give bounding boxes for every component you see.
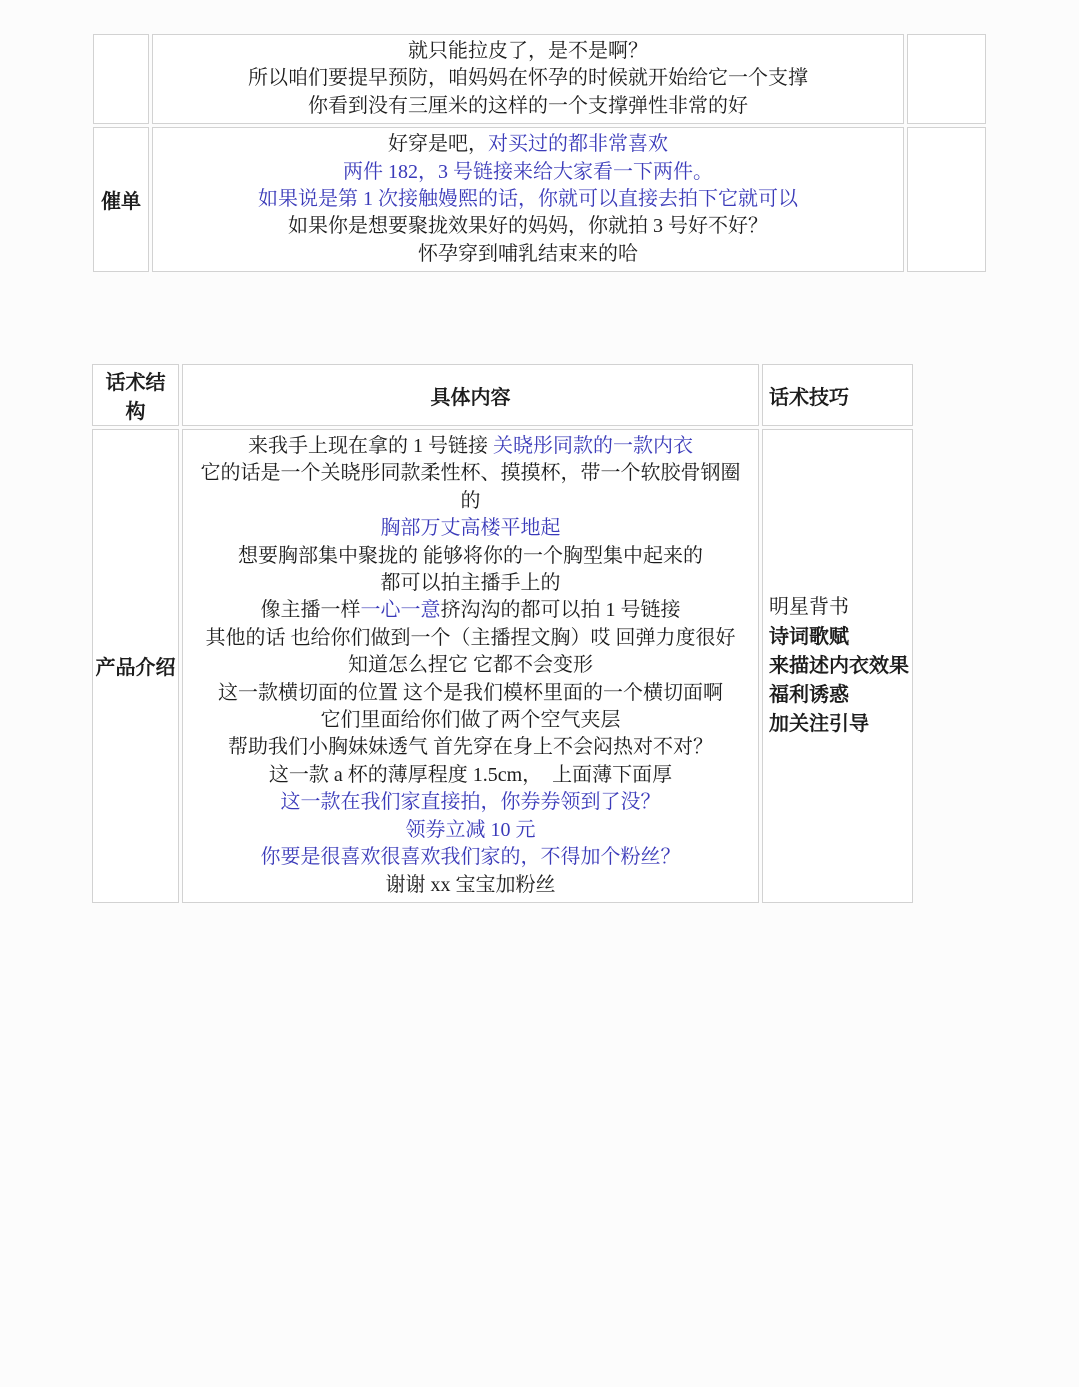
product-intro-script-table: 话术结构 具体内容 话术技巧 产品介绍 来我手上现在拿的 1 号链接 关晓彤同款… [89,361,916,906]
script-text: 帮助我们小胸妹妹透气 首先穿在身上不会闷热对不对？ [228,736,713,758]
script-text: 它的话是一个关晓彤同款柔性杯、摸摸杯，带一个软胶骨钢圈的 [201,462,741,511]
script-line: 领券立减 10 元 [191,817,750,844]
highlighted-script-text: 这一款在我们家直接拍，你券券领到了没？ [281,791,661,813]
script-text: 想要胸部集中聚拢的 能够将你的一个胸型集中起来的 [238,545,703,567]
highlighted-script-text: 关晓彤同款的一款内衣 [493,435,693,457]
header-row: 话术结构 具体内容 话术技巧 [92,364,913,426]
highlighted-script-text: 如果说是第 1 次接触嫚熙的话，你就可以直接去拍下它就可以 [258,188,798,210]
script-text: 其他的话 也给你们做到一个（主播捏文胸）哎 回弹力度很好 [206,627,736,649]
empty-side-cell [907,127,986,272]
script-content-cell: 就只能拉皮了，是不是啊？所以咱们要提早预防，咱妈妈在怀孕的时候就开始给它一个支撑… [152,34,904,124]
table-row: 就只能拉皮了，是不是啊？所以咱们要提早预防，咱妈妈在怀孕的时候就开始给它一个支撑… [93,34,986,124]
header-script-structure: 话术结构 [92,364,179,426]
highlighted-script-text: 一心一意 [361,599,441,621]
script-text: 知道怎么捏它 它都不会变形 [348,654,593,676]
header-specific-content: 具体内容 [182,364,759,426]
script-text: 都可以拍主播手上的 [381,572,561,594]
script-line: 好穿是吧，对买过的都非常喜欢 [161,131,895,158]
technique-item: 明星背书 [769,593,910,622]
script-text: 这一款横切面的位置 这个是我们模杯里面的一个横切面啊 [218,682,723,704]
script-text: 所以咱们要提早预防，咱妈妈在怀孕的时候就开始给它一个支撑 [248,67,808,89]
script-line: 所以咱们要提早预防，咱妈妈在怀孕的时候就开始给它一个支撑 [161,65,895,92]
script-line: 你要是很喜欢很喜欢我们家的，不得加个粉丝？ [191,844,750,871]
document-page: 就只能拉皮了，是不是啊？所以咱们要提早预防，咱妈妈在怀孕的时候就开始给它一个支撑… [0,0,1079,1387]
script-line: 这一款 a 杯的薄厚程度 1.5cm， 上面薄下面厚 [191,762,750,789]
header-script-technique: 话术技巧 [762,364,913,426]
script-text: 它们里面给你们做了两个空气夹层 [321,709,621,731]
script-line: 都可以拍主播手上的 [191,570,750,597]
script-text: 好穿是吧， [388,133,488,155]
script-line: 它的话是一个关晓彤同款柔性杯、摸摸杯，带一个软胶骨钢圈的 [191,460,750,515]
script-content-cell: 来我手上现在拿的 1 号链接 关晓彤同款的一款内衣它的话是一个关晓彤同款柔性杯、… [182,429,759,903]
script-line: 帮助我们小胸妹妹透气 首先穿在身上不会闷热对不对？ [191,734,750,761]
script-line: 想要胸部集中聚拢的 能够将你的一个胸型集中起来的 [191,543,750,570]
script-line: 如果你是想要聚拢效果好的妈妈，你就拍 3 号好不好？ [161,213,895,240]
highlighted-script-text: 你要是很喜欢很喜欢我们家的，不得加个粉丝？ [261,846,681,868]
script-line: 这一款在我们家直接拍，你券券领到了没？ [191,789,750,816]
script-line: 胸部万丈高楼平地起 [191,515,750,542]
script-text: 这一款 a 杯的薄厚程度 1.5cm， 上面薄下面厚 [269,764,672,786]
script-line: 它们里面给你们做了两个空气夹层 [191,707,750,734]
follow-up-script-table: 就只能拉皮了，是不是啊？所以咱们要提早预防，咱妈妈在怀孕的时候就开始给它一个支撑… [90,31,989,275]
script-text: 如果你是想要聚拢效果好的妈妈，你就拍 3 号好不好？ [288,215,768,237]
script-text: 挤沟沟的都可以拍 1 号链接 [441,599,681,621]
script-content-cell: 好穿是吧，对买过的都非常喜欢两件 182，3 号链接来给大家看一下两件。如果说是… [152,127,904,272]
empty-side-cell [907,34,986,124]
technique-cell: 明星背书诗词歌赋来描述内衣效果福利诱惑加关注引导 [762,429,913,903]
highlighted-script-text: 两件 182，3 号链接来给大家看一下两件。 [343,161,713,183]
script-text: 谢谢 xx 宝宝加粉丝 [386,874,556,896]
row-label-urge-order: 催单 [93,127,149,272]
script-text: 怀孕穿到哺乳结束来的哈 [418,243,638,265]
table-row: 催单 好穿是吧，对买过的都非常喜欢两件 182，3 号链接来给大家看一下两件。如… [93,127,986,272]
highlighted-script-text: 胸部万丈高楼平地起 [381,517,561,539]
row-label-product-intro: 产品介绍 [92,429,179,903]
technique-item: 诗词歌赋 [769,622,910,651]
script-line: 怀孕穿到哺乳结束来的哈 [161,241,895,268]
script-line: 这一款横切面的位置 这个是我们模杯里面的一个横切面啊 [191,680,750,707]
script-text: 你看到没有三厘米的这样的一个支撑弹性非常的好 [308,95,748,117]
highlighted-script-text: 领券立减 10 元 [406,819,536,841]
script-line: 如果说是第 1 次接触嫚熙的话，你就可以直接去拍下它就可以 [161,186,895,213]
highlighted-script-text: 对买过的都非常喜欢 [488,133,668,155]
script-text: 来我手上现在拿的 1 号链接 [248,435,493,457]
script-line: 像主播一样一心一意挤沟沟的都可以拍 1 号链接 [191,597,750,624]
script-line: 来我手上现在拿的 1 号链接 关晓彤同款的一款内衣 [191,433,750,460]
script-line: 谢谢 xx 宝宝加粉丝 [191,872,750,899]
technique-item: 福利诱惑 [769,680,910,709]
script-text: 像主播一样 [261,599,361,621]
technique-item: 加关注引导 [769,709,910,738]
row-label-cell-empty [93,34,149,124]
technique-item: 来描述内衣效果 [769,651,910,680]
script-line: 就只能拉皮了，是不是啊？ [161,38,895,65]
script-line: 你看到没有三厘米的这样的一个支撑弹性非常的好 [161,93,895,120]
script-line: 两件 182，3 号链接来给大家看一下两件。 [161,159,895,186]
script-line: 其他的话 也给你们做到一个（主播捏文胸）哎 回弹力度很好 [191,625,750,652]
table-row: 产品介绍 来我手上现在拿的 1 号链接 关晓彤同款的一款内衣它的话是一个关晓彤同… [92,429,913,903]
script-line: 知道怎么捏它 它都不会变形 [191,652,750,679]
script-text: 就只能拉皮了，是不是啊？ [408,40,648,62]
